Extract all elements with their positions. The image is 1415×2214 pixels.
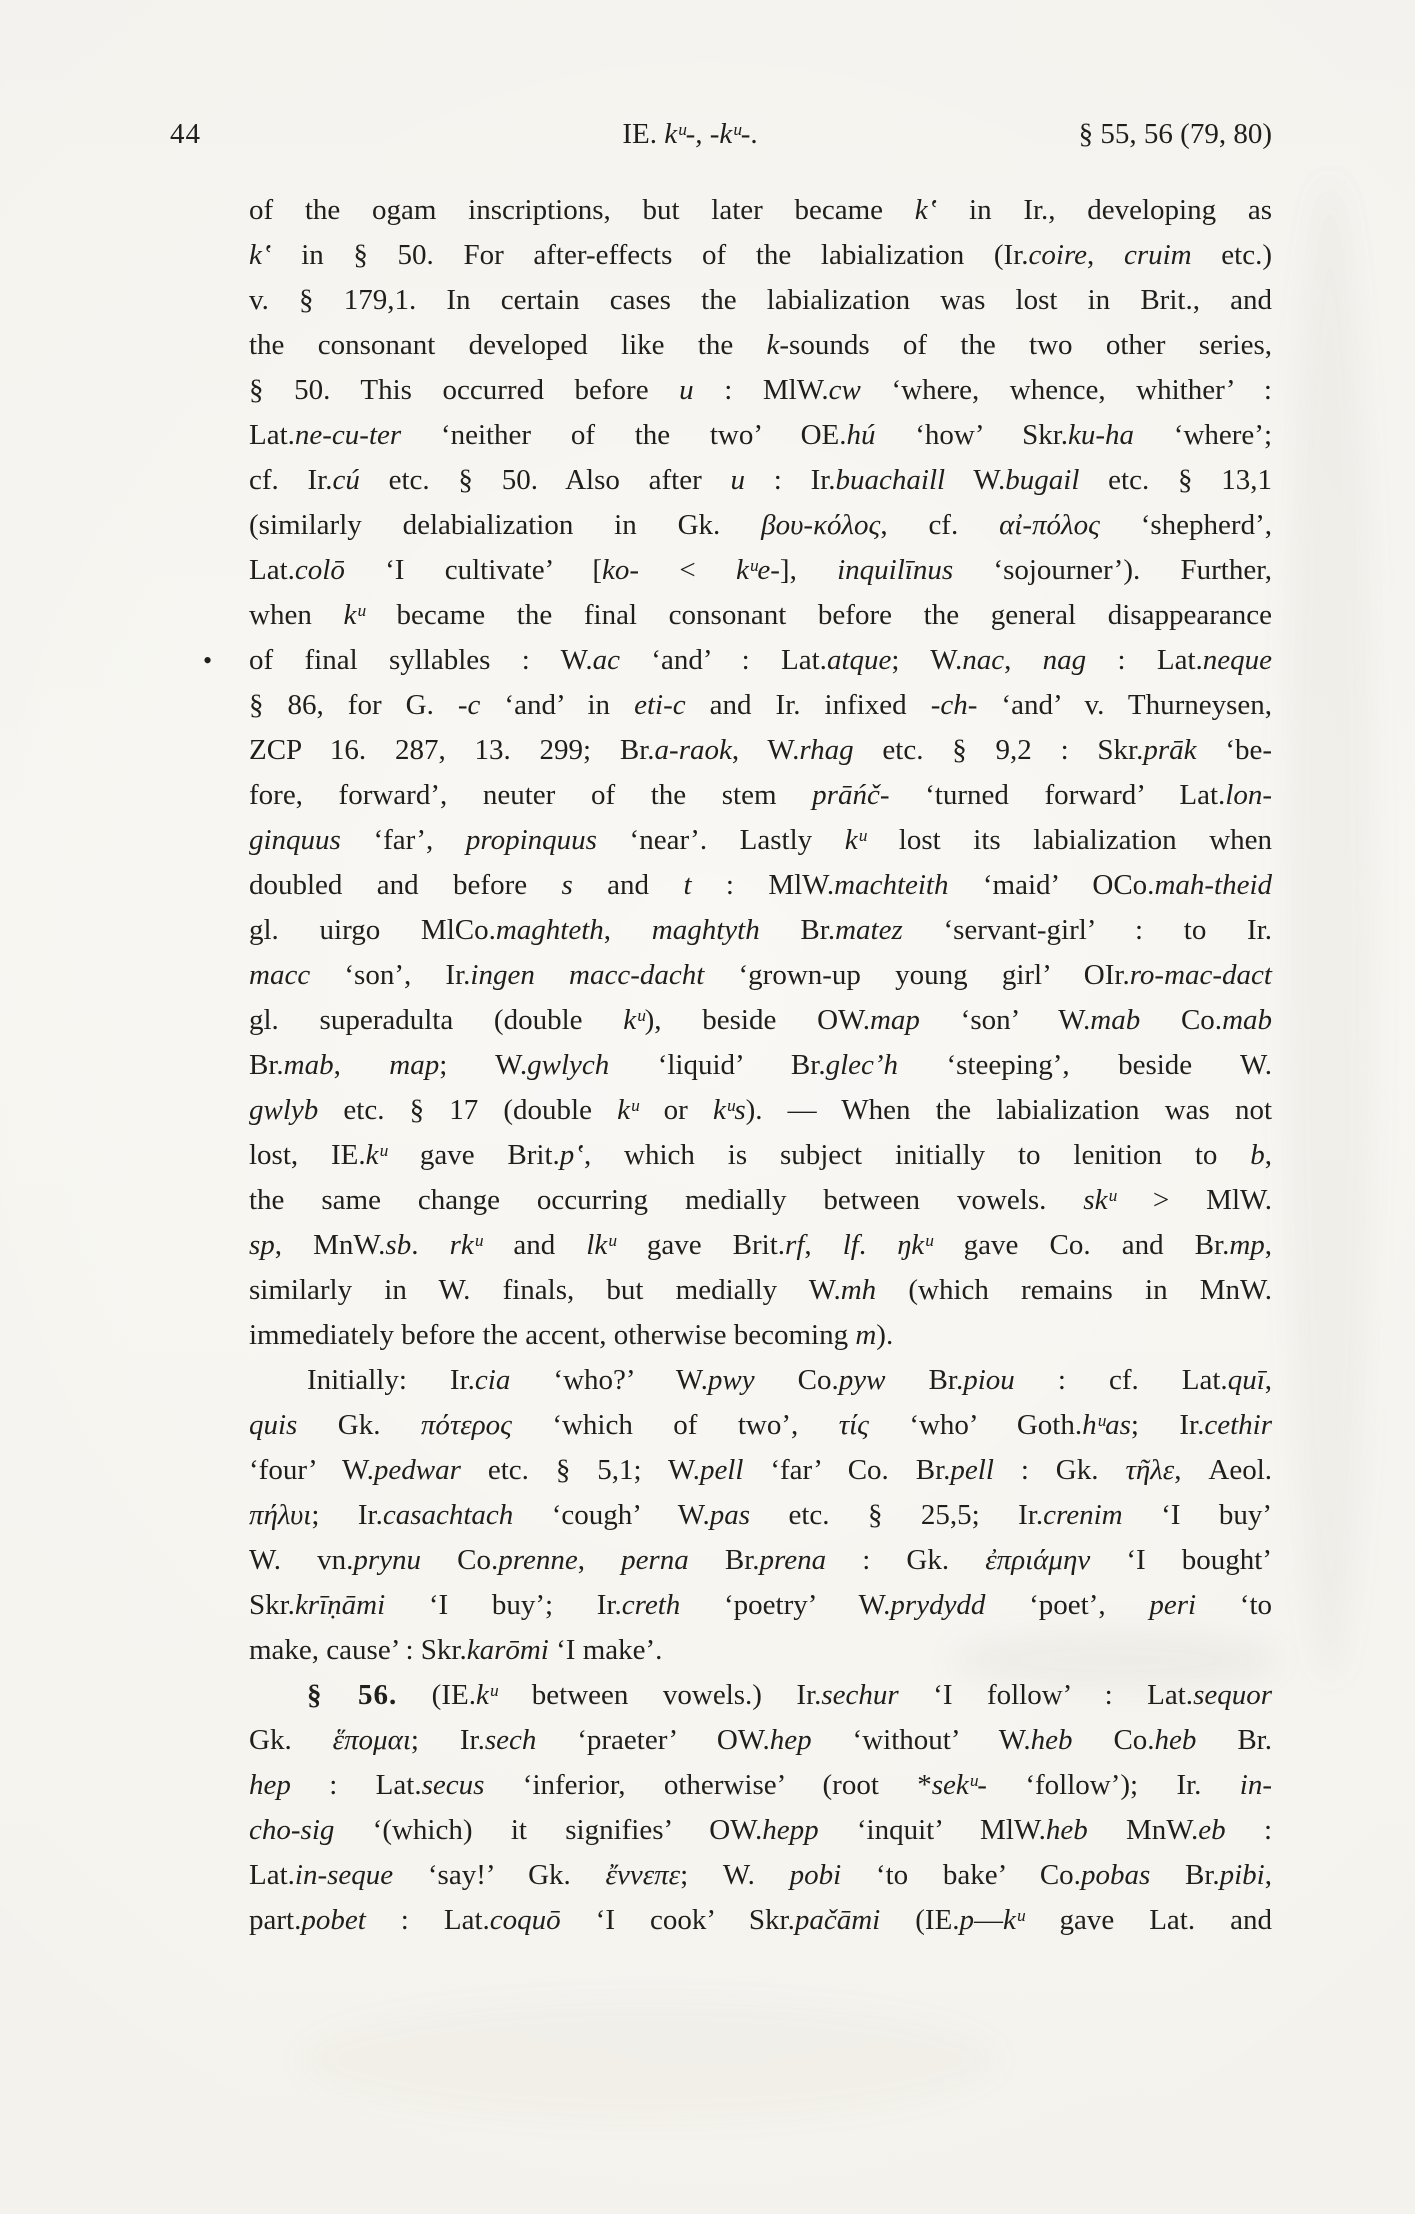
text-segment: Lat. [249,419,295,451]
text-line: gl. uirgo MlCo.maghteth, maghtyth Br.mat… [249,908,1272,953]
text-segment: , [1265,1139,1272,1171]
text-line: § 50. This occurred before u : MlW.cw ‘w… [249,368,1272,413]
text-segment: ‘liquid’ Br. [609,1049,825,1081]
text-segment: coire [1029,239,1088,271]
text-segment: became the final consonant before the ge… [365,599,1272,631]
text-line: ‘four’ W.pedwar etc. § 5,1; W.pell ‘far’… [249,1448,1272,1493]
text-segment: : cf. Lat. [1015,1364,1228,1396]
text-segment: pell [700,1454,744,1486]
text-segment: kᵘs [713,1094,746,1126]
text-segment: ŋkᵘ [897,1229,932,1261]
text-segment: Co. [1140,1004,1222,1036]
text-segment: Br. [689,1544,760,1576]
text-segment: ἔννεπε [606,1859,681,1891]
text-segment: sekᵘ- [932,1769,987,1801]
text-segment: πότερος [421,1409,512,1441]
text-segment: prāk [1143,734,1196,766]
text-segment: ‘which of two’, [512,1409,839,1441]
text-segment: Initially: Ir. [307,1364,475,1396]
text-segment: Br. [885,1364,963,1396]
text-segment: and Ir. infixed [686,689,931,721]
text-segment: § 56. [307,1679,397,1711]
text-line: cf. Ir.cú etc. § 50. Also after u : Ir.b… [249,458,1272,503]
text-segment: ‘where’; [1134,419,1272,451]
text-segment: quis [249,1409,297,1441]
text-segment: propinquus [466,824,597,856]
text-segment: immediately before the accent, otherwise… [249,1319,855,1351]
text-line: Skr.krīṇāmi ‘I buy’; Ir.creth ‘poetry’ W… [249,1583,1272,1628]
text-segment: ‘to [1196,1589,1272,1621]
text-segment: ‘how’ Skr. [876,419,1069,451]
text-segment: ‘poet’, [985,1589,1149,1621]
text-segment: of final syllables : W. [249,644,593,676]
text-segment: pwy [708,1364,755,1396]
text-segment: map [870,1004,920,1036]
text-segment: ‘steeping’, beside W. [898,1049,1272,1081]
text-line: when kᵘ became the final consonant befor… [249,593,1272,638]
text-segment: nag [1043,644,1087,676]
text-segment: m [855,1319,876,1351]
text-segment: , [804,1229,842,1261]
text-segment: : MlW. [694,374,829,406]
text-segment: rhag [799,734,853,766]
text-line: doubled and before s and t : MlW.machtei… [249,863,1272,908]
text-segment: Br. [1196,1724,1272,1756]
text-segment: cf. Ir. [249,464,333,496]
text-segment: ‘I buy’; Ir. [385,1589,622,1621]
text-segment: ‘say!’ Gk. [393,1859,605,1891]
text-segment: p [960,1904,975,1936]
text-segment: ingen macc-dacht [470,959,704,991]
text-segment: maghtyth [652,914,760,946]
text-segment: inquilīnus [837,554,953,586]
text-segment: kᵘ-, -kᵘ- [664,118,750,150]
page-number: 44 [170,118,201,151]
text-segment: etc. § 25,5; Ir. [750,1499,1043,1531]
text-line: part.pobet : Lat.coquō ‘I cook’ Skr.pačā… [249,1898,1272,1943]
text-segment: heb [1155,1724,1197,1756]
text-segment: t [683,869,691,901]
text-line: ZCP 16. 287, 13. 299; Br.a-raok, W.rhag … [249,728,1272,773]
text-segment: : Lat. [366,1904,490,1936]
text-segment: gave Brit. [387,1139,560,1171]
text-line: W. vn.prynu Co.prenne, perna Br.prena : … [249,1538,1272,1583]
text-segment: the consonant developed like the [249,329,767,361]
text-segment: gl. superadulta (double [249,1004,623,1036]
text-segment: rkᵘ [450,1229,483,1261]
text-segment: gave Brit. [616,1229,785,1261]
text-segment: (which remains in MnW. [876,1274,1272,1306]
text-segment: matez [835,914,903,946]
text-segment: ac [593,644,620,676]
text-segment: cia [475,1364,510,1396]
text-segment: ‘be- [1197,734,1272,766]
text-segment: u [679,374,694,406]
text-segment: mh [841,1274,876,1306]
text-segment: and [482,1229,586,1261]
text-line: immediately before the accent, otherwise… [249,1313,1272,1358]
text-segment: neque [1203,644,1272,676]
text-segment: pobas [1081,1859,1150,1891]
text-segment: ‘turned forward’ Lat. [889,779,1225,811]
text-segment: kᵘ [344,599,365,631]
text-segment: make, cause’ : Skr. [249,1634,467,1666]
book-page: 44 IE. kᵘ-, -kᵘ-. § 55, 56 (79, 80) of t… [0,0,1415,2214]
text-segment: gwlych [527,1049,609,1081]
text-segment: ‘inferior, otherwise’ (root * [484,1769,931,1801]
text-line: lost, IE.kᵘ gave Brit.pʽ, which is subje… [249,1133,1272,1178]
text-segment: Skr. [249,1589,295,1621]
text-line: gwlyb etc. § 17 (double kᵘ or kᵘs). — Wh… [249,1088,1272,1133]
text-segment: map [389,1049,439,1081]
text-segment: ). — When the labialization was not [746,1094,1272,1126]
text-segment: , cf. [880,509,999,541]
text-segment: crenim [1043,1499,1122,1531]
text-segment: > MlW. [1116,1184,1272,1216]
page-header: 44 IE. kᵘ-, -kᵘ-. § 55, 56 (79, 80) [0,118,1415,158]
text-segment: prydydd [890,1589,985,1621]
text-segment: secus [422,1769,485,1801]
text-segment: ‘servant-girl’ : to Ir. [903,914,1272,946]
text-segment: MnW. [1088,1814,1199,1846]
text-segment: or [639,1094,713,1126]
text-segment: ; Ir. [1131,1409,1204,1441]
text-segment: cw [829,374,861,406]
text-segment: heb [1031,1724,1073,1756]
text-segment: ‘poetry’ W. [680,1589,890,1621]
text-segment: etc. § 17 (double [318,1094,617,1126]
text-segment: . [411,1229,449,1261]
section-reference: § 55, 56 (79, 80) [1079,118,1272,151]
text-segment: ; W. [891,644,962,676]
text-segment: pedwar [374,1454,461,1486]
text-segment: kᵘ [617,1094,638,1126]
text-segment: cho-sig [249,1814,334,1846]
text-segment: ἐπριάμην [985,1544,1090,1576]
text-segment: ‘near’. Lastly [597,824,845,856]
text-segment: hepp [762,1814,818,1846]
text-segment: when [249,599,344,631]
text-segment: , [578,1544,621,1576]
text-line: ginquus ‘far’, propinquus ‘near’. Lastly… [249,818,1272,863]
text-segment: , [604,914,652,946]
text-segment: . [750,118,757,150]
text-segment: gave Lat. and [1024,1904,1272,1936]
text-segment: Lat. [249,554,295,586]
text-segment: hep [249,1769,291,1801]
text-segment: (IE. [880,1904,959,1936]
text-segment: IE. [622,118,664,150]
text-segment: Br. [1150,1859,1219,1891]
text-segment: , [1087,239,1124,271]
text-segment: quī [1228,1364,1265,1396]
text-segment: cruim [1124,239,1192,271]
text-segment: atque [827,644,891,676]
text-line: •of final syllables : W.ac ‘and’ : Lat.a… [249,638,1272,683]
text-segment: ‘I make’. [549,1634,663,1666]
text-segment: ne-cu-ter [295,419,401,451]
text-segment: kᵘ [366,1139,387,1171]
text-segment: hᵘas [1082,1409,1131,1441]
text-segment: of the ogam inscriptions, but later beca… [249,194,915,226]
text-line: kʽ in § 50. For after-effects of the lab… [249,233,1272,278]
text-line: sp, MnW.sb. rkᵘ and lkᵘ gave Brit.rf, lf… [249,1223,1272,1268]
text-segment: ‘to bake’ Co. [841,1859,1081,1891]
text-segment: prāńč- [812,779,889,811]
text-segment: nac [962,644,1004,676]
text-segment: pibi [1220,1859,1265,1891]
margin-bullet: • [203,638,212,683]
text-segment: etc. § 50. Also after [360,464,731,496]
text-segment: glec’h [826,1049,898,1081]
show-through-smudge [1285,180,1375,1680]
text-segment: in Ir., developing as [937,194,1272,226]
text-segment: creth [622,1589,681,1621]
text-segment: ginquus [249,824,341,856]
text-segment: § 86, for G. [249,689,458,721]
text-line: v. § 179,1. In certain cases the labiali… [249,278,1272,323]
text-segment: s [562,869,573,901]
text-segment: k [767,329,780,361]
text-segment: -ch- [931,689,978,721]
text-segment: ‘and’ in [480,689,634,721]
text-segment: (IE. [397,1679,476,1711]
text-segment: mab [284,1049,334,1081]
text-segment: ‘where, whence, whither’ : [861,374,1272,406]
text-segment: , Aeol. [1174,1454,1272,1486]
text-segment: W. vn. [249,1544,353,1576]
text-segment: eti-c [634,689,686,721]
text-segment: Lat. [249,1859,295,1891]
text-line: the consonant developed like the k-sound… [249,323,1272,368]
text-segment: cethir [1204,1409,1272,1441]
text-segment: mab [1222,1004,1272,1036]
text-segment: etc. § 13,1 [1079,464,1272,496]
text-segment: ‘I bought’ [1090,1544,1272,1576]
text-segment: between vowels.) Ir. [497,1679,821,1711]
text-segment: , [334,1049,390,1081]
text-line: similarly in W. finals, but medially W.m… [249,1268,1272,1313]
text-line: § 56. (IE.kᵘ between vowels.) Ir.sechur … [249,1673,1272,1718]
text-segment: pell [950,1454,994,1486]
text-segment: (similarly delabialization in Gk. [249,509,761,541]
text-segment: , [1265,1229,1272,1261]
text-segment: Gk. [249,1724,333,1756]
text-segment: sb [385,1229,411,1261]
text-segment: perna [621,1544,689,1576]
text-segment: πήλυι [249,1499,311,1531]
text-line: Lat.in-seque ‘say!’ Gk. ἔννεπε; W. pobi … [249,1853,1272,1898]
text-line: of the ogam inscriptions, but later beca… [249,188,1272,233]
text-segment: in- [1240,1769,1272,1801]
text-line: Gk. ἕπομαι; Ir.sech ‘praeter’ OW.hep ‘wi… [249,1718,1272,1763]
text-segment: prena [760,1544,827,1576]
text-segment: , which is subject initially to lenition… [584,1139,1250,1171]
text-segment: maghteth [496,914,604,946]
text-segment: ‘praeter’ OW. [536,1724,769,1756]
text-segment: ], [780,554,837,586]
text-segment: : [1226,1814,1272,1846]
text-segment: etc. § 5,1; W. [461,1454,700,1486]
text-line: macc ‘son’, Ir.ingen macc-dacht ‘grown-u… [249,953,1272,998]
text-segment: ‘I cultivate’ [ [345,554,602,586]
text-segment: ‘son’, Ir. [310,959,470,991]
text-segment: , [1265,1859,1272,1891]
text-segment: ‘I buy’ [1123,1499,1272,1531]
text-segment: ‘who?’ W. [510,1364,708,1396]
text-segment: ‘four’ W. [249,1454,374,1486]
text-segment: ‘I follow’ : Lat. [899,1679,1193,1711]
text-segment: sech [485,1724,537,1756]
text-segment: ko- [602,554,639,586]
text-segment: sechur [821,1679,898,1711]
text-segment: Co. [1073,1724,1155,1756]
text-segment: prynu [353,1544,421,1576]
text-segment: Gk. [297,1409,421,1441]
text-segment: ‘grown-up young girl’ OIr. [704,959,1129,991]
text-segment: part. [249,1904,301,1936]
text-segment: lost its labialization when [866,824,1272,856]
text-segment: ; Ir. [311,1499,382,1531]
text-segment: § 50. This occurred before [249,374,679,406]
text-segment: in-seque [295,1859,393,1891]
text-segment: the same change occurring medially betwe… [249,1184,1083,1216]
text-segment: casachtach [383,1499,513,1531]
text-segment: ‘follow’); Ir. [987,1769,1240,1801]
text-segment: cú [333,464,360,496]
text-segment: similarly in W. finals, but medially W. [249,1274,841,1306]
text-segment: : Lat. [1086,644,1203,676]
text-segment: rf [785,1229,804,1261]
text-segment: mp [1229,1229,1264,1261]
text-line: Lat.ne-cu-ter ‘neither of the two’ OE.hú… [249,413,1272,458]
text-segment: , MnW. [275,1229,386,1261]
text-segment: krīṇāmi [295,1589,385,1621]
text-segment: ; Ir. [411,1724,485,1756]
text-segment: : MlW. [692,869,835,901]
text-segment: lost, IE. [249,1139,366,1171]
text-segment: gwlyb [249,1094,318,1126]
text-segment: W. [945,464,1005,496]
text-segment: : Gk. [994,1454,1126,1486]
text-segment: ἕπομαι [333,1724,411,1756]
text-line: (similarly delabialization in Gk. βου-κό… [249,503,1272,548]
text-segment: -c [458,689,481,721]
text-line: πήλυι; Ir.casachtach ‘cough’ W.pas etc. … [249,1493,1272,1538]
text-segment: machteith [834,869,948,901]
text-segment: ‘and’ v. Thurneysen, [977,689,1272,721]
text-segment: ‘maid’ OCo. [948,869,1154,901]
text-segment: ‘inquit’ MlW. [819,1814,1046,1846]
text-segment: ZCP 16. 287, 13. 299; Br. [249,734,655,766]
text-segment: kʽ [249,239,272,271]
text-segment: Br. [249,1049,284,1081]
text-segment: lkᵘ [586,1229,615,1261]
text-segment: ‘far’ Co. Br. [743,1454,950,1486]
text-segment: gave Co. and Br. [933,1229,1230,1261]
text-segment: Br. [760,914,835,946]
text-segment: ‘(which) it signifies’ OW. [334,1814,762,1846]
text-segment: b [1250,1139,1265,1171]
text-segment: ‘son’ W. [920,1004,1090,1036]
text-segment: hep [770,1724,812,1756]
text-segment: doubled and before [249,869,562,901]
text-segment: ro-mac-dact [1130,959,1272,991]
text-segment: peri [1149,1589,1196,1621]
text-line: Initially: Ir.cia ‘who?’ W.pwy Co.pyw Br… [249,1358,1272,1403]
text-segment: u [731,464,746,496]
text-segment: kᵘ [845,824,866,856]
text-segment: — [974,1904,1003,1936]
text-segment: ‘shepherd’, [1100,509,1272,541]
text-segment: ‘neither of the two’ OE. [401,419,846,451]
text-segment: hú [847,419,876,451]
text-segment: Co. [421,1544,498,1576]
text-segment: sp [249,1229,275,1261]
text-segment: skᵘ [1083,1184,1116,1216]
text-segment: ‘I cook’ Skr. [561,1904,795,1936]
text-segment: colō [295,554,345,586]
text-segment: v. § 179,1. In certain cases the labiali… [249,284,1272,316]
text-line: the same change occurring medially betwe… [249,1178,1272,1223]
text-segment: kᵘ [476,1679,497,1711]
text-segment: : Ir. [745,464,836,496]
text-line: Lat.colō ‘I cultivate’ [ko- < kᵘe-], inq… [249,548,1272,593]
text-line: hep : Lat.secus ‘inferior, otherwise’ (r… [249,1763,1272,1808]
text-segment: τίς [839,1409,869,1441]
text-line: gl. superadulta (double kᵘ), beside OW.m… [249,998,1272,1043]
text-segment: kʽ [915,194,938,226]
text-segment: pʽ [560,1139,584,1171]
text-segment: lon- [1225,779,1272,811]
text-segment: , [1265,1364,1272,1396]
text-segment: piou [963,1364,1015,1396]
text-segment: ). [876,1319,893,1351]
text-segment: : Lat. [291,1769,422,1801]
text-line: quis Gk. πότερος ‘which of two’, τίς ‘wh… [249,1403,1272,1448]
text-segment: αἰ-πόλος [999,509,1100,541]
text-segment: pas [710,1499,750,1531]
text-segment: βου-κόλος [761,509,880,541]
text-line: § 86, for G. -c ‘and’ in eti-c and Ir. i… [249,683,1272,728]
text-segment: kᵘ [623,1004,644,1036]
text-line: cho-sig ‘(which) it signifies’ OW.hepp ‘… [249,1808,1272,1853]
text-segment: ), beside OW. [645,1004,870,1036]
text-segment: ; W. [439,1049,527,1081]
text-segment: pačāmi [795,1904,880,1936]
text-segment: etc.) [1192,239,1272,271]
text-segment: , [1004,644,1043,676]
text-segment: ‘and’ : Lat. [620,644,827,676]
text-segment: mab [1090,1004,1140,1036]
text-segment: prenne [498,1544,577,1576]
text-segment: mah-theid [1154,869,1272,901]
text-segment: heb [1046,1814,1088,1846]
text-segment: in § 50. For after-effects of the labial… [272,239,1029,271]
text-segment: bugail [1005,464,1079,496]
text-segment: < [639,554,736,586]
text-segment: a-raok [655,734,732,766]
running-title: IE. kᵘ-, -kᵘ-. [622,118,757,151]
text-segment: sequor [1193,1679,1272,1711]
text-segment: -sounds of the two other series, [779,329,1272,361]
text-segment: fore, forward’, neuter of the stem [249,779,812,811]
text-segment: lf [843,1229,859,1261]
text-segment: ku-ha [1068,419,1134,451]
text-segment: buachaill [836,464,946,496]
text-segment: etc. § 9,2 : Skr. [854,734,1144,766]
text-segment: ‘who’ Goth. [869,1409,1082,1441]
